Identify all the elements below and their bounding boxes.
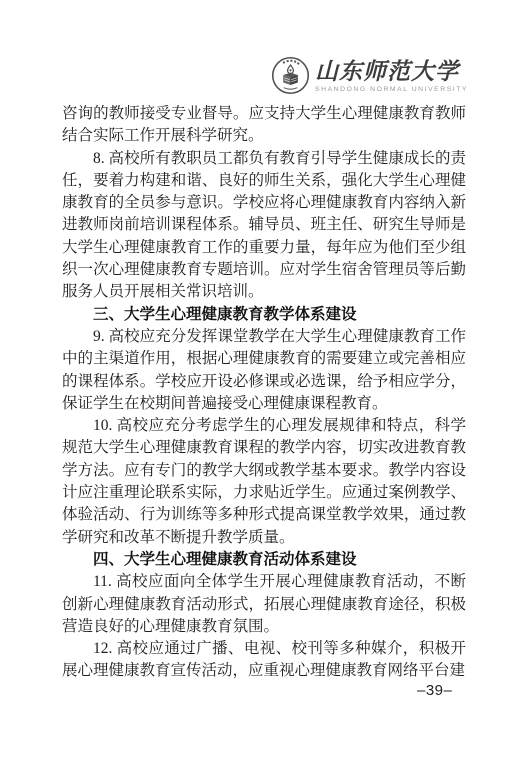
university-name-en: SHANDONG NORMAL UNIVERSITY: [315, 86, 468, 93]
university-logo: 山东师范大学 SHANDONG NORMAL UNIVERSITY: [271, 56, 468, 95]
paragraph-item-11: 11. 高校应面向全体学生开展心理健康教育活动，不断创新心理健康教育活动形式，拓…: [62, 571, 466, 638]
document-page: 山东师范大学 SHANDONG NORMAL UNIVERSITY 咨询的教师接…: [0, 0, 525, 768]
paragraph-item-10: 10. 高校应充分考虑学生的心理发展规律和特点，科学规范大学生心理健康教育课程的…: [62, 415, 466, 549]
paragraph-continuation: 咨询的教师接受专业督导。应支持大学生心理健康教育教师结合实际工作开展科学研究。: [62, 103, 466, 148]
paragraph-item-9: 9. 高校应充分发挥课堂教学在大学生心理健康教育工作中的主渠道作用，根据心理健康…: [62, 326, 466, 415]
university-name-zh: 山东师范大学: [315, 59, 468, 84]
paragraph-item-8: 8. 高校所有教职员工都负有教育引导学生健康成长的责任，要着力构建和谐、良好的师…: [62, 148, 466, 304]
section-heading-3: 三、大学生心理健康教育教学体系建设: [62, 304, 466, 326]
paragraph-item-12: 12. 高校应通过广播、电视、校刊等多种媒介，积极开展心理健康教育宣传活动，应重…: [62, 638, 466, 683]
university-name-block: 山东师范大学 SHANDONG NORMAL UNIVERSITY: [315, 59, 468, 93]
section-heading-4: 四、大学生心理健康教育活动体系建设: [62, 549, 466, 571]
document-text: 咨询的教师接受专业督导。应支持大学生心理健康教育教师结合实际工作开展科学研究。 …: [62, 103, 466, 683]
university-seal-icon: [271, 56, 310, 95]
page-number: –39–: [417, 682, 452, 699]
